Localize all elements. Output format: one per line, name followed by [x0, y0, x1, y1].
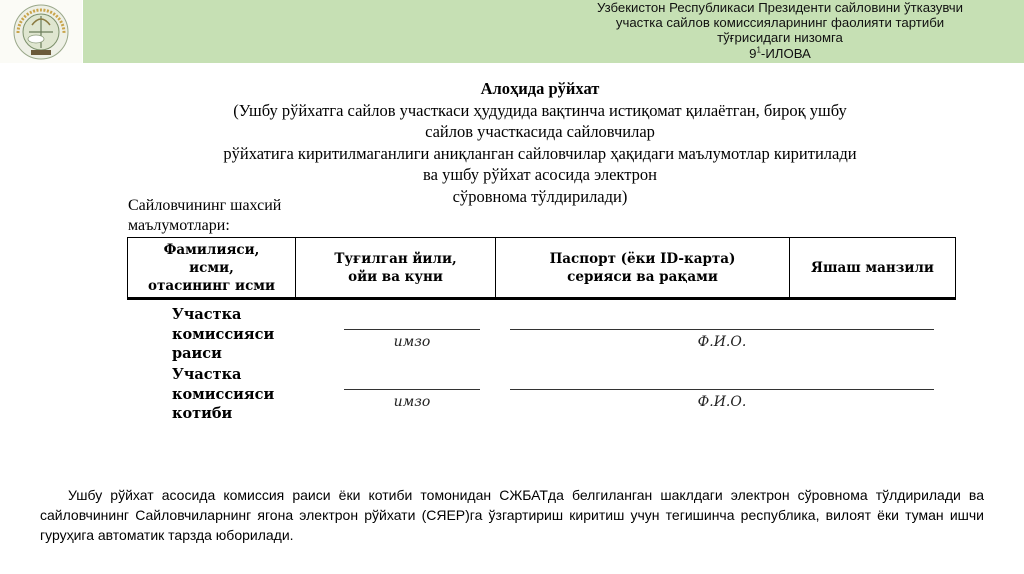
name-line — [510, 389, 934, 390]
footer-paragraph: Ушбу рўйхат асосида комиссия раиси ёки к… — [40, 485, 984, 545]
signature-row-chairman: Участка комиссияси раиси имзо Ф.И.О. — [172, 303, 952, 363]
column-header-full-name: Фамилияси, исми, отасининг исми — [128, 238, 296, 299]
annex-label: 91-ИЛОВА — [540, 46, 1020, 61]
emblem-logo — [0, 0, 82, 63]
column-header-address: Яшаш манзили — [790, 238, 956, 299]
subtitle-line: (Ушбу рўйхатга сайлов участкаси ҳудудида… — [120, 100, 960, 122]
signature-line — [344, 389, 480, 390]
voter-data-table: Фамилияси, исми, отасининг исми Туғилган… — [127, 237, 956, 300]
header-line: участка сайлов комиссияларининг фаолияти… — [540, 15, 1020, 30]
signature-caption: имзо — [344, 394, 480, 410]
column-header-passport: Паспорт (ёки ID-карта) серияси ва рақами — [496, 238, 790, 299]
signature-role: Участка комиссияси котиби — [172, 365, 274, 424]
name-line — [510, 329, 934, 330]
header-annex-reference: Узбекистон Республикаси Президенти сайло… — [540, 0, 1020, 61]
document-heading: Алоҳида рўйхат (Ушбу рўйхатга сайлов уча… — [120, 78, 960, 207]
header-line: тўғрисидаги низомга — [540, 30, 1020, 45]
column-header-birth-date: Туғилган йили, ойи ва куни — [296, 238, 496, 299]
subtitle-line: сайлов участкасида сайловчилар — [120, 121, 960, 143]
emblem-icon — [8, 3, 74, 61]
header-line: Узбекистон Республикаси Президенти сайло… — [540, 0, 1020, 15]
subtitle-line: ва ушбу рўйхат асосида электрон — [120, 164, 960, 186]
signature-role: Участка комиссияси раиси — [172, 305, 274, 364]
signature-caption: имзо — [344, 334, 480, 350]
subtitle-line: рўйхатига киритилмаганлиги аниқланган са… — [120, 143, 960, 165]
signature-line — [344, 329, 480, 330]
personal-data-label: Сайловчининг шахсий маълумотлари: — [128, 196, 388, 236]
signature-block: Участка комиссияси раиси имзо Ф.И.О. Уча… — [172, 303, 952, 423]
name-caption: Ф.И.О. — [510, 394, 934, 410]
table-header-row: Фамилияси, исми, отасининг исми Туғилган… — [128, 238, 956, 299]
name-caption: Ф.И.О. — [510, 334, 934, 350]
signature-row-secretary: Участка комиссияси котиби имзо Ф.И.О. — [172, 363, 952, 423]
document-title: Алоҳида рўйхат — [120, 78, 960, 100]
